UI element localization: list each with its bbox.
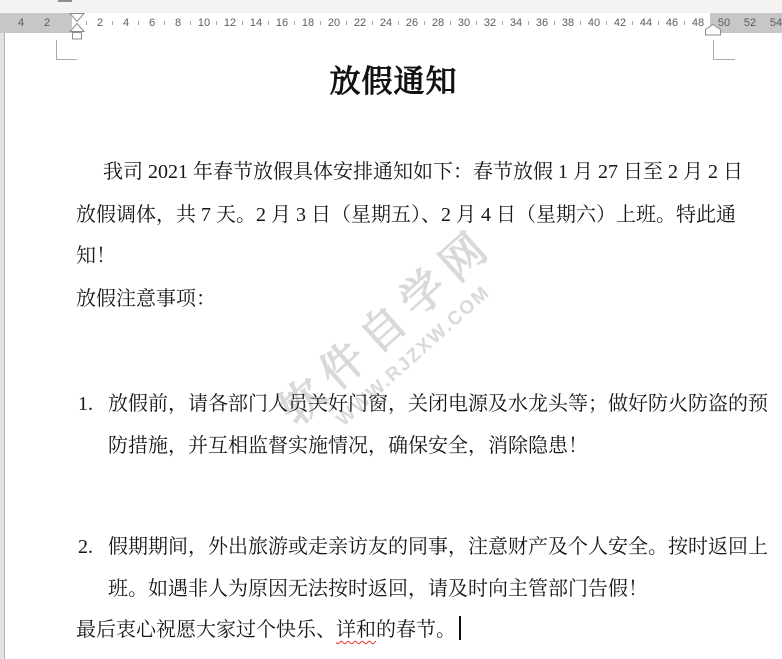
ruler-number: 18 xyxy=(302,17,314,29)
ruler-number: 52 xyxy=(744,17,756,29)
list-item-number[interactable]: 1. xyxy=(78,391,93,418)
horizontal-ruler[interactable]: 4224681012141618202224262830323436384042… xyxy=(0,13,782,33)
ruler-number: 44 xyxy=(640,17,652,29)
crop-mark-right-horizontal xyxy=(713,59,735,60)
crop-mark-left-vertical xyxy=(56,40,57,60)
left-indent-marker[interactable] xyxy=(69,13,85,40)
closing-text-after: 的春节。 xyxy=(376,619,456,641)
hanging-indent-icon[interactable] xyxy=(70,24,84,32)
closing-line[interactable]: 最后衷心祝愿大家过个快乐、详和的春节。 xyxy=(76,616,461,644)
ruler-number: 34 xyxy=(510,17,522,29)
ruler-number: 26 xyxy=(406,17,418,29)
ruler-number: 2 xyxy=(44,17,50,29)
document-title[interactable]: 放假通知 xyxy=(77,62,710,102)
ruler-number: 48 xyxy=(692,17,704,29)
right-indent-marker[interactable] xyxy=(705,24,721,36)
ruler-number: 24 xyxy=(380,17,392,29)
ruler-number: 28 xyxy=(432,17,444,29)
ruler-number: 42 xyxy=(614,17,626,29)
spellcheck-flagged-word[interactable]: 详和 xyxy=(336,619,376,641)
ruler-number: 36 xyxy=(536,17,548,29)
ruler-number: 40 xyxy=(588,17,600,29)
text-cursor xyxy=(459,616,461,640)
ruler-number: 38 xyxy=(562,17,574,29)
paragraph-line[interactable]: 我司 2021 年春节放假具体安排通知如下：春节放假 1 月 27 日至 2 月… xyxy=(103,159,743,186)
ruler-number: 32 xyxy=(484,17,496,29)
crop-mark-left-horizontal xyxy=(56,59,77,60)
crop-mark-right-vertical xyxy=(713,40,714,60)
list-item-line[interactable]: 防措施，并互相监督实施情况，确保安全，消除隐患！ xyxy=(108,433,588,460)
cropped-ui-fragment xyxy=(58,0,72,2)
ruler-left-margin-segment xyxy=(0,13,72,33)
list-item-line[interactable]: 假期期间，外出旅游或走亲访友的同事，注意财产及个人安全。按时返回上 xyxy=(108,534,768,561)
paragraph-line[interactable]: 放假调体，共 7 天。2 月 3 日（星期五）、2 月 4 日（星期六）上班。特… xyxy=(76,202,736,229)
ruler-top-strip xyxy=(0,0,782,13)
list-item-number[interactable]: 2. xyxy=(78,534,93,561)
ruler-number: 10 xyxy=(198,17,210,29)
ruler-number: 22 xyxy=(354,17,366,29)
ruler-number: 12 xyxy=(224,17,236,29)
paragraph-line[interactable]: 知！ xyxy=(76,243,116,270)
ruler-number: 30 xyxy=(458,17,470,29)
list-item-line[interactable]: 放假前，请各部门人员关好门窗，关闭电源及水龙头等；做好防火防盗的预 xyxy=(108,391,768,418)
ruler-number: 4 xyxy=(123,17,129,29)
ruler-number: 20 xyxy=(328,17,340,29)
list-item-line[interactable]: 班。如遇非人为原因无法按时返回，请及时向主管部门告假！ xyxy=(108,576,648,603)
ruler-number: 16 xyxy=(276,17,288,29)
ruler-number: 46 xyxy=(666,17,678,29)
ruler-number: 8 xyxy=(175,17,181,29)
canvas-left-gutter xyxy=(0,33,5,659)
ruler-number: 4 xyxy=(18,17,24,29)
first-line-indent-icon[interactable] xyxy=(70,14,84,22)
right-indent-icon[interactable] xyxy=(706,25,721,36)
word-document-view: 4224681012141618202224262830323436384042… xyxy=(0,0,782,659)
ruler-number: 6 xyxy=(149,17,155,29)
left-indent-box-icon[interactable] xyxy=(73,33,82,40)
ruler-number: 54 xyxy=(770,17,782,29)
section-label[interactable]: 放假注意事项： xyxy=(76,286,216,313)
ruler-number: 14 xyxy=(250,17,262,29)
ruler-number: 2 xyxy=(97,17,103,29)
closing-text-before: 最后衷心祝愿大家过个快乐、 xyxy=(76,619,336,641)
